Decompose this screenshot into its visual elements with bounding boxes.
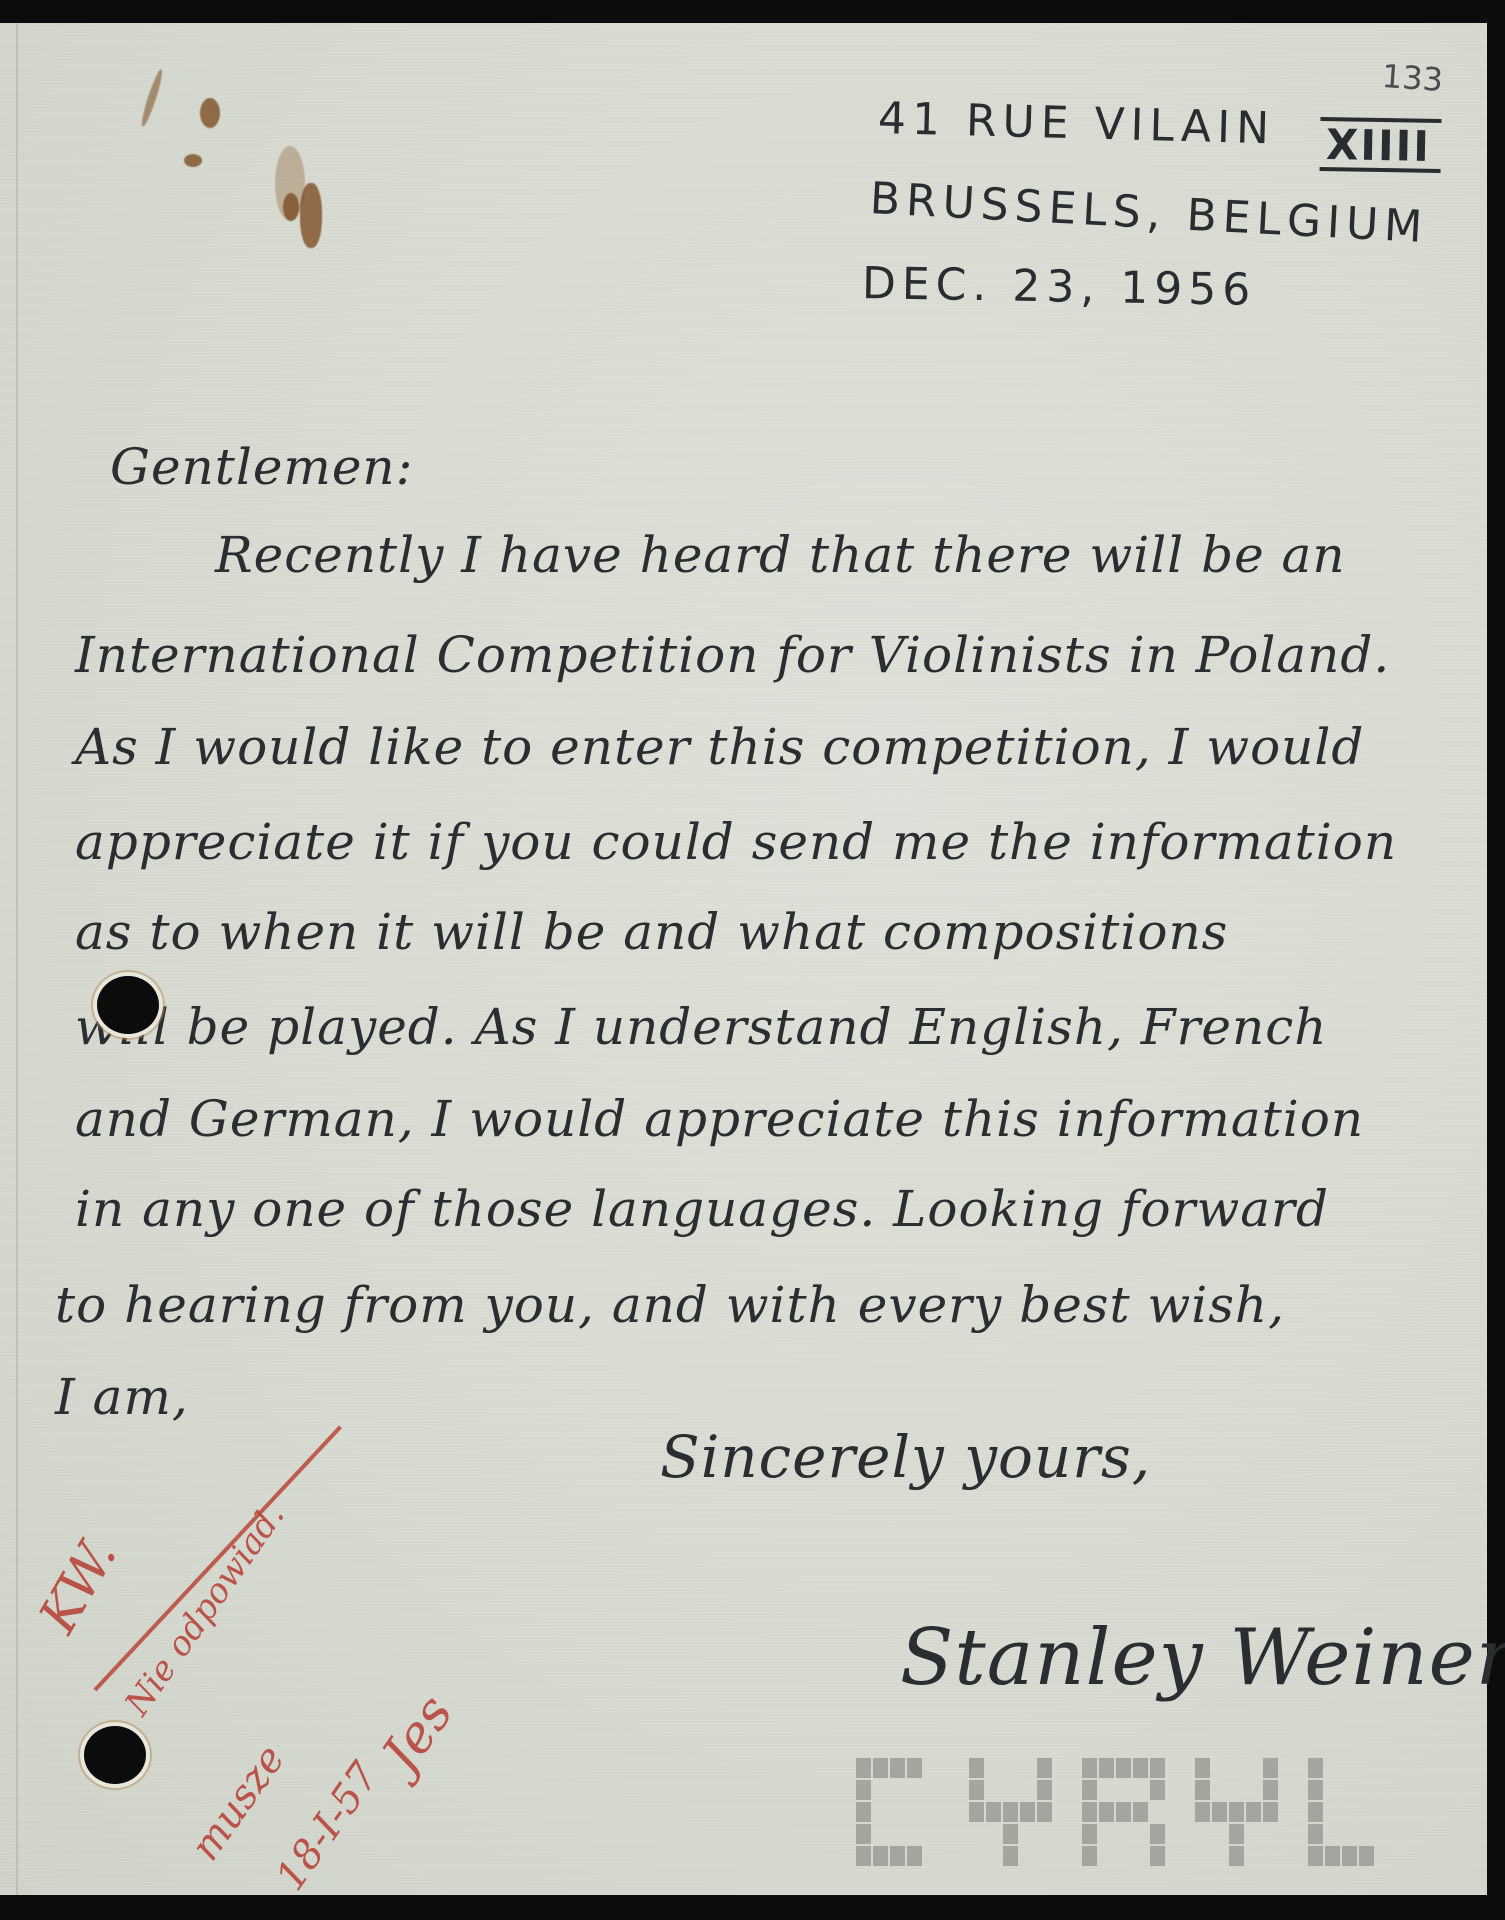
- watermark-letter-r: [1082, 1758, 1165, 1866]
- watermark-letter-y: [969, 1758, 1052, 1866]
- watermark-letter-c: [856, 1758, 939, 1866]
- red-note-line: musze: [182, 1737, 294, 1869]
- signature: Stanley Weiner: [900, 1613, 1505, 1703]
- archive-roman-numeral: XIIII: [1320, 117, 1442, 173]
- watermark-letter-y: [1195, 1758, 1278, 1866]
- body-line: and German, I would appreciate this info…: [75, 1090, 1364, 1148]
- body-line: Recently I have heard that there will be…: [215, 526, 1346, 584]
- red-note-initials: Jes: [371, 1684, 465, 1783]
- body-line: I am,: [55, 1368, 189, 1426]
- red-note-line: Nie odpowiad.: [117, 1496, 292, 1723]
- fold-line: [16, 23, 18, 1895]
- punch-hole: [97, 976, 159, 1034]
- watermark-letter-l: [1308, 1758, 1391, 1866]
- punch-hole: [84, 1726, 146, 1784]
- body-line: appreciate it if you could send me the i…: [75, 813, 1397, 871]
- cyryl-watermark: [856, 1758, 1391, 1866]
- body-line: will be played. As I understand English,…: [75, 998, 1327, 1056]
- body-line: International Competition for Violinists…: [75, 626, 1390, 684]
- closing: Sincerely yours,: [660, 1423, 1151, 1491]
- body-line: in any one of those languages. Looking f…: [75, 1180, 1329, 1238]
- archive-page-number: 133: [1381, 57, 1445, 99]
- body-line: as to when it will be and what compositi…: [75, 903, 1228, 961]
- address-line-2: BRUSSELS, BELGIUM: [869, 173, 1430, 253]
- address-line-1: 41 RUE VILAIN: [877, 93, 1275, 154]
- red-note-date: 18-I-57: [267, 1754, 388, 1899]
- body-line: to hearing from you, and with every best…: [55, 1276, 1285, 1334]
- body-line: As I would like to enter this competitio…: [75, 718, 1364, 776]
- salutation: Gentlemen:: [110, 438, 413, 496]
- red-note-kw: KW.: [28, 1528, 129, 1643]
- letter-date: DEC. 23, 1956: [862, 258, 1257, 316]
- letter-page: 133 XIIII 41 RUE VILAIN BRUSSELS, BELGIU…: [0, 23, 1487, 1895]
